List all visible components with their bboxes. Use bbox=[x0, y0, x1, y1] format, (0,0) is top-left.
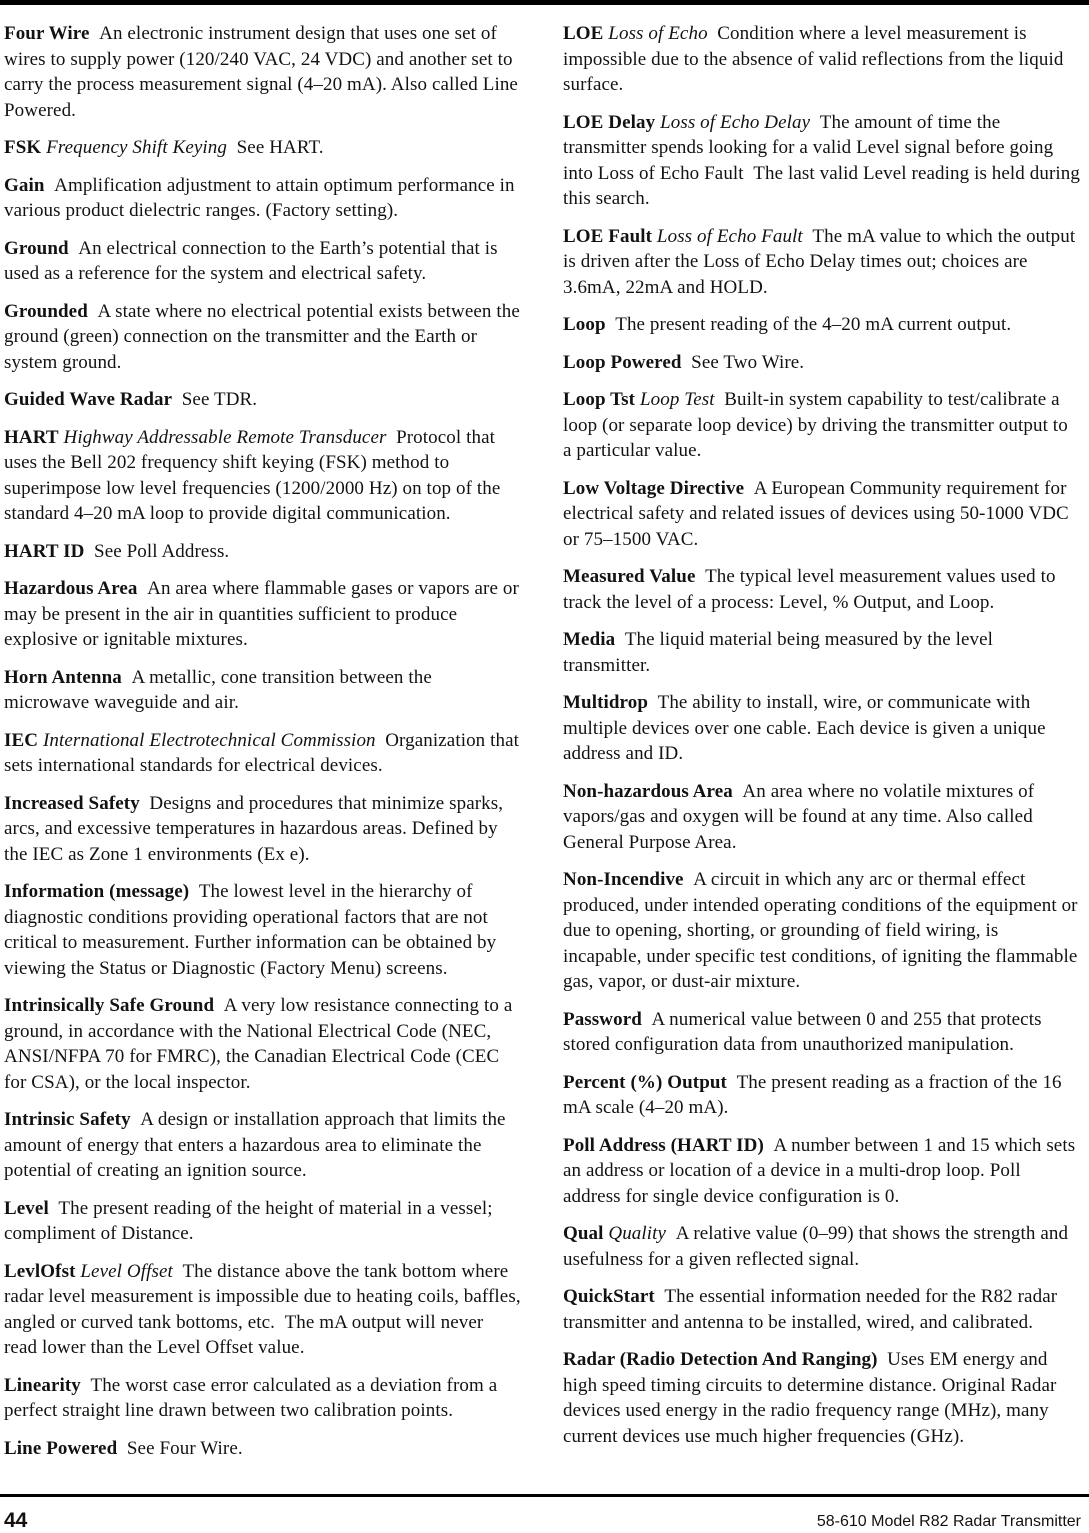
glossary-term: Guided Wave Radar bbox=[4, 389, 172, 410]
glossary-entry: Measured Value The typical level measure… bbox=[563, 564, 1080, 615]
glossary-term: Intrinsically Safe Ground bbox=[4, 995, 214, 1016]
glossary-definition: Built-in system capability to test/calib… bbox=[563, 389, 1068, 461]
glossary-term-expansion: Frequency Shift Keying bbox=[46, 137, 227, 158]
glossary-term: Line Powered bbox=[4, 1438, 117, 1459]
glossary-term: Gain bbox=[4, 175, 45, 196]
glossary-term: FSK bbox=[4, 137, 41, 158]
document-page: Four Wire An electronic instrument desig… bbox=[0, 0, 1089, 1533]
glossary-entry: Password A numerical value between 0 and… bbox=[563, 1007, 1080, 1058]
glossary-term: Media bbox=[563, 629, 615, 650]
glossary-term: Percent (%) Output bbox=[563, 1072, 727, 1093]
glossary-term: Loop Tst bbox=[563, 389, 635, 410]
glossary-definition: See TDR. bbox=[172, 389, 257, 410]
glossary-column-right: LOE Loss of Echo Condition where a level… bbox=[563, 21, 1080, 1473]
glossary-entry: Multidrop The ability to install, wire, … bbox=[563, 690, 1080, 767]
glossary-entry: Four Wire An electronic instrument desig… bbox=[4, 21, 521, 123]
glossary-entry: LevlOfst Level Offset The distance above… bbox=[4, 1259, 521, 1361]
glossary-term: Linearity bbox=[4, 1375, 81, 1396]
glossary-definition: An electrical connection to the Earth’s … bbox=[4, 238, 498, 285]
page-number: 44 bbox=[4, 1510, 27, 1531]
glossary-entry: Non-hazardous Area An area where no vola… bbox=[563, 779, 1080, 856]
glossary-entry: Guided Wave Radar See TDR. bbox=[4, 387, 521, 413]
glossary-term: Radar (Radio Detection And Ranging) bbox=[563, 1349, 878, 1370]
glossary-entry: IEC International Electrotechnical Commi… bbox=[4, 728, 521, 779]
glossary-term: Grounded bbox=[4, 301, 88, 322]
glossary-entry: Line Powered See Four Wire. bbox=[4, 1436, 521, 1462]
glossary-term-expansion: Quality bbox=[608, 1223, 666, 1244]
glossary-term: Poll Address (HART ID) bbox=[563, 1135, 764, 1156]
glossary-entry: Level The present reading of the height … bbox=[4, 1196, 521, 1247]
glossary-definition: See Four Wire. bbox=[117, 1438, 242, 1459]
glossary-entry: Percent (%) Output The present reading a… bbox=[563, 1070, 1080, 1121]
glossary-term: Level bbox=[4, 1198, 49, 1219]
glossary-definition: Amplification adjustment to attain optim… bbox=[4, 175, 515, 222]
glossary-term: QuickStart bbox=[563, 1286, 655, 1307]
glossary-term-expansion: Loop Test bbox=[640, 389, 715, 410]
glossary-term: LOE bbox=[563, 23, 603, 44]
glossary-entry: Poll Address (HART ID) A number between … bbox=[563, 1133, 1080, 1210]
glossary-term: Measured Value bbox=[563, 566, 695, 587]
glossary-term: HART bbox=[4, 427, 59, 448]
glossary-columns: Four Wire An electronic instrument desig… bbox=[4, 21, 1080, 1473]
glossary-entry: Information (message) The lowest level i… bbox=[4, 879, 521, 981]
glossary-entry: Horn Antenna A metallic, cone transition… bbox=[4, 665, 521, 716]
glossary-term: IEC bbox=[4, 730, 38, 751]
glossary-term: Qual bbox=[563, 1223, 604, 1244]
glossary-column-left: Four Wire An electronic instrument desig… bbox=[4, 21, 521, 1473]
glossary-term-expansion: Highway Addressable Remote Transducer bbox=[64, 427, 387, 448]
glossary-term: LOE Delay bbox=[563, 112, 655, 133]
glossary-entry: LOE Loss of Echo Condition where a level… bbox=[563, 21, 1080, 98]
glossary-term: Four Wire bbox=[4, 23, 90, 44]
glossary-term-expansion: Loss of Echo bbox=[608, 23, 707, 44]
glossary-entry: Loop The present reading of the 4–20 mA … bbox=[563, 312, 1080, 338]
glossary-term: Intrinsic Safety bbox=[4, 1109, 131, 1130]
glossary-term-expansion: Loss of Echo Fault bbox=[657, 226, 803, 247]
glossary-term: Non-hazardous Area bbox=[563, 781, 733, 802]
glossary-entry: LOE Fault Loss of Echo Fault The mA valu… bbox=[563, 224, 1080, 301]
glossary-term: LevlOfst bbox=[4, 1261, 76, 1282]
glossary-term: Loop bbox=[563, 314, 606, 335]
glossary-entry: Increased Safety Designs and procedures … bbox=[4, 791, 521, 868]
glossary-entry: Radar (Radio Detection And Ranging) Uses… bbox=[563, 1347, 1080, 1449]
glossary-term: Horn Antenna bbox=[4, 667, 122, 688]
glossary-entry: Low Voltage Directive A European Communi… bbox=[563, 476, 1080, 553]
glossary-entry: Ground An electrical connection to the E… bbox=[4, 236, 521, 287]
glossary-definition: The liquid material being measured by th… bbox=[563, 629, 993, 676]
top-rule bbox=[0, 0, 1089, 5]
glossary-term: Low Voltage Directive bbox=[563, 478, 744, 499]
glossary-entry: Media The liquid material being measured… bbox=[563, 627, 1080, 678]
glossary-entry: Qual Quality A relative value (0–99) tha… bbox=[563, 1221, 1080, 1272]
glossary-entry: Gain Amplification adjustment to attain … bbox=[4, 173, 521, 224]
glossary-entry: Grounded A state where no electrical pot… bbox=[4, 299, 521, 376]
glossary-definition: See Poll Address. bbox=[84, 541, 229, 562]
glossary-term: Ground bbox=[4, 238, 69, 259]
glossary-term: Non-Incendive bbox=[563, 869, 684, 890]
glossary-term: Password bbox=[563, 1009, 642, 1030]
glossary-entry: Hazardous Area An area where flammable g… bbox=[4, 576, 521, 653]
glossary-term-expansion: International Electrotechnical Commissio… bbox=[43, 730, 376, 751]
glossary-term: Increased Safety bbox=[4, 793, 140, 814]
page-footer: 44 58-610 Model R82 Radar Transmitter bbox=[0, 1494, 1089, 1533]
glossary-term-expansion: Loss of Echo Delay bbox=[660, 112, 810, 133]
glossary-definition: The present reading of the height of mat… bbox=[4, 1198, 493, 1245]
glossary-entry: Linearity The worst case error calculate… bbox=[4, 1373, 521, 1424]
glossary-entry: Loop Tst Loop Test Built-in system capab… bbox=[563, 387, 1080, 464]
glossary-entry: Loop Powered See Two Wire. bbox=[563, 350, 1080, 376]
glossary-entry: Intrinsic Safety A design or installatio… bbox=[4, 1107, 521, 1184]
glossary-term: Loop Powered bbox=[563, 352, 682, 373]
glossary-entry: HART Highway Addressable Remote Transduc… bbox=[4, 425, 521, 527]
glossary-term: Hazardous Area bbox=[4, 578, 138, 599]
glossary-entry: Non-Incendive A circuit in which any arc… bbox=[563, 867, 1080, 995]
glossary-term-expansion: Level Offset bbox=[80, 1261, 172, 1282]
glossary-entry: LOE Delay Loss of Echo Delay The amount … bbox=[563, 110, 1080, 212]
glossary-term: HART ID bbox=[4, 541, 84, 562]
glossary-definition: The present reading of the 4–20 mA curre… bbox=[606, 314, 1012, 335]
glossary-entry: HART ID See Poll Address. bbox=[4, 539, 521, 565]
glossary-term: LOE Fault bbox=[563, 226, 652, 247]
glossary-term: Information (message) bbox=[4, 881, 189, 902]
glossary-entry: FSK Frequency Shift Keying See HART. bbox=[4, 135, 521, 161]
footer-doc-title: 58-610 Model R82 Radar Transmitter bbox=[817, 1513, 1081, 1531]
glossary-term: Multidrop bbox=[563, 692, 648, 713]
glossary-definition: See HART. bbox=[227, 137, 324, 158]
footer-row: 44 58-610 Model R82 Radar Transmitter bbox=[4, 1497, 1081, 1531]
glossary-entry: QuickStart The essential information nee… bbox=[563, 1284, 1080, 1335]
glossary-definition: See Two Wire. bbox=[682, 352, 805, 373]
glossary-entry: Intrinsically Safe Ground A very low res… bbox=[4, 993, 521, 1095]
